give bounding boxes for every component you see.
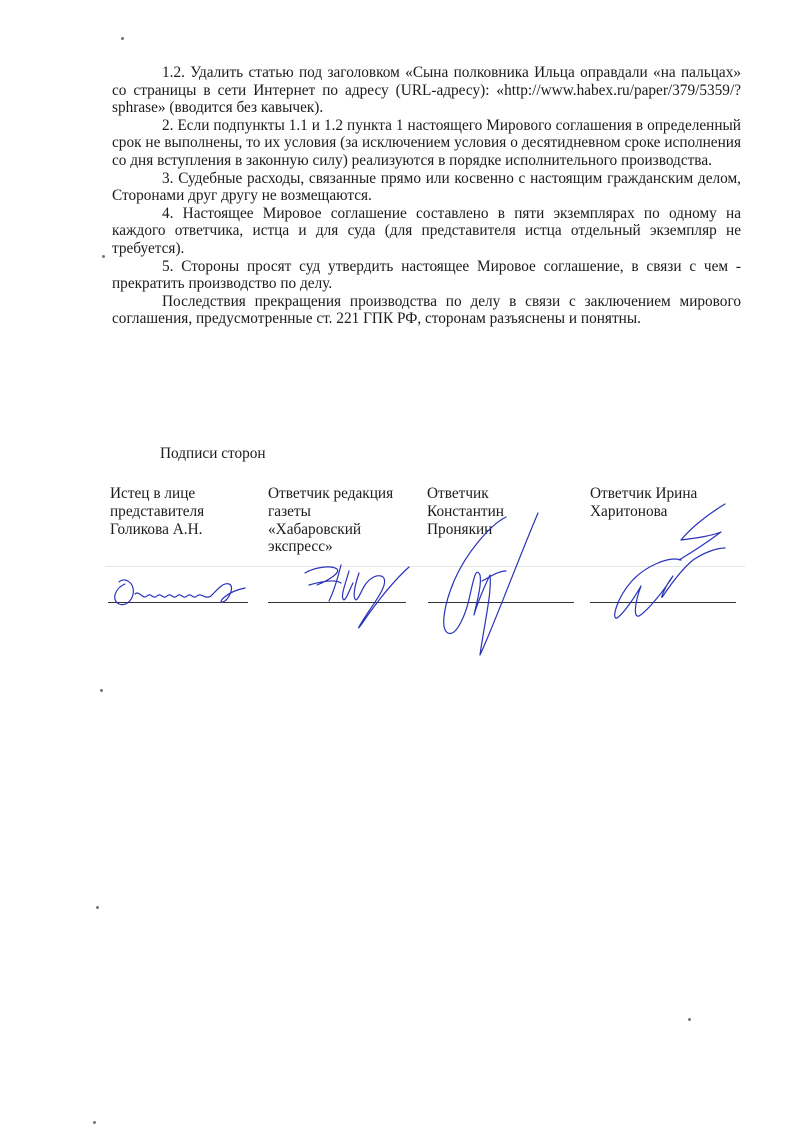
party-line: Голикова А.Н.	[110, 521, 204, 539]
signature-kharitonova	[585, 490, 745, 630]
signature-plaintiff	[105, 570, 255, 610]
agreement-body: 1.2. Удалить статью под заголовком «Сына…	[112, 64, 741, 328]
party-line: газеты	[268, 503, 393, 521]
party-line: представителя	[110, 503, 204, 521]
party-line: «Хабаровский	[268, 521, 393, 539]
paragraph-3: 3. Судебные расходы, связанные прямо или…	[112, 170, 741, 205]
party-line: Ответчик редакция	[268, 485, 393, 503]
scan-speck	[100, 689, 103, 692]
scan-speck	[96, 906, 99, 909]
paragraph-5: 5. Стороны просят суд утвердить настояще…	[112, 258, 741, 293]
paragraph-consequences: Последствия прекращения производства по …	[112, 293, 741, 328]
paragraph-4: 4. Настоящее Мировое соглашение составле…	[112, 205, 741, 258]
party-plaintiff: Истец в лице представителя Голикова А.Н.	[110, 485, 204, 538]
party-line: Ответчик	[427, 485, 504, 503]
party-defendant-newspaper: Ответчик редакция газеты «Хабаровский эк…	[268, 485, 393, 556]
signature-pronyakin	[420, 505, 570, 665]
signatures-heading: Подписи сторон	[160, 445, 266, 463]
scan-speck	[102, 255, 105, 258]
scan-speck	[688, 1018, 691, 1021]
document-page: 1.2. Удалить статью под заголовком «Сына…	[0, 0, 800, 1131]
signature-newspaper	[265, 555, 415, 640]
scan-speck	[93, 1121, 96, 1124]
party-line: Истец в лице	[110, 485, 204, 503]
party-line: экспресс»	[268, 538, 393, 556]
paragraph-2: 2. Если подпункты 1.1 и 1.2 пункта 1 нас…	[112, 117, 741, 170]
scan-speck	[121, 37, 124, 40]
paragraph-1-2: 1.2. Удалить статью под заголовком «Сына…	[112, 64, 741, 117]
